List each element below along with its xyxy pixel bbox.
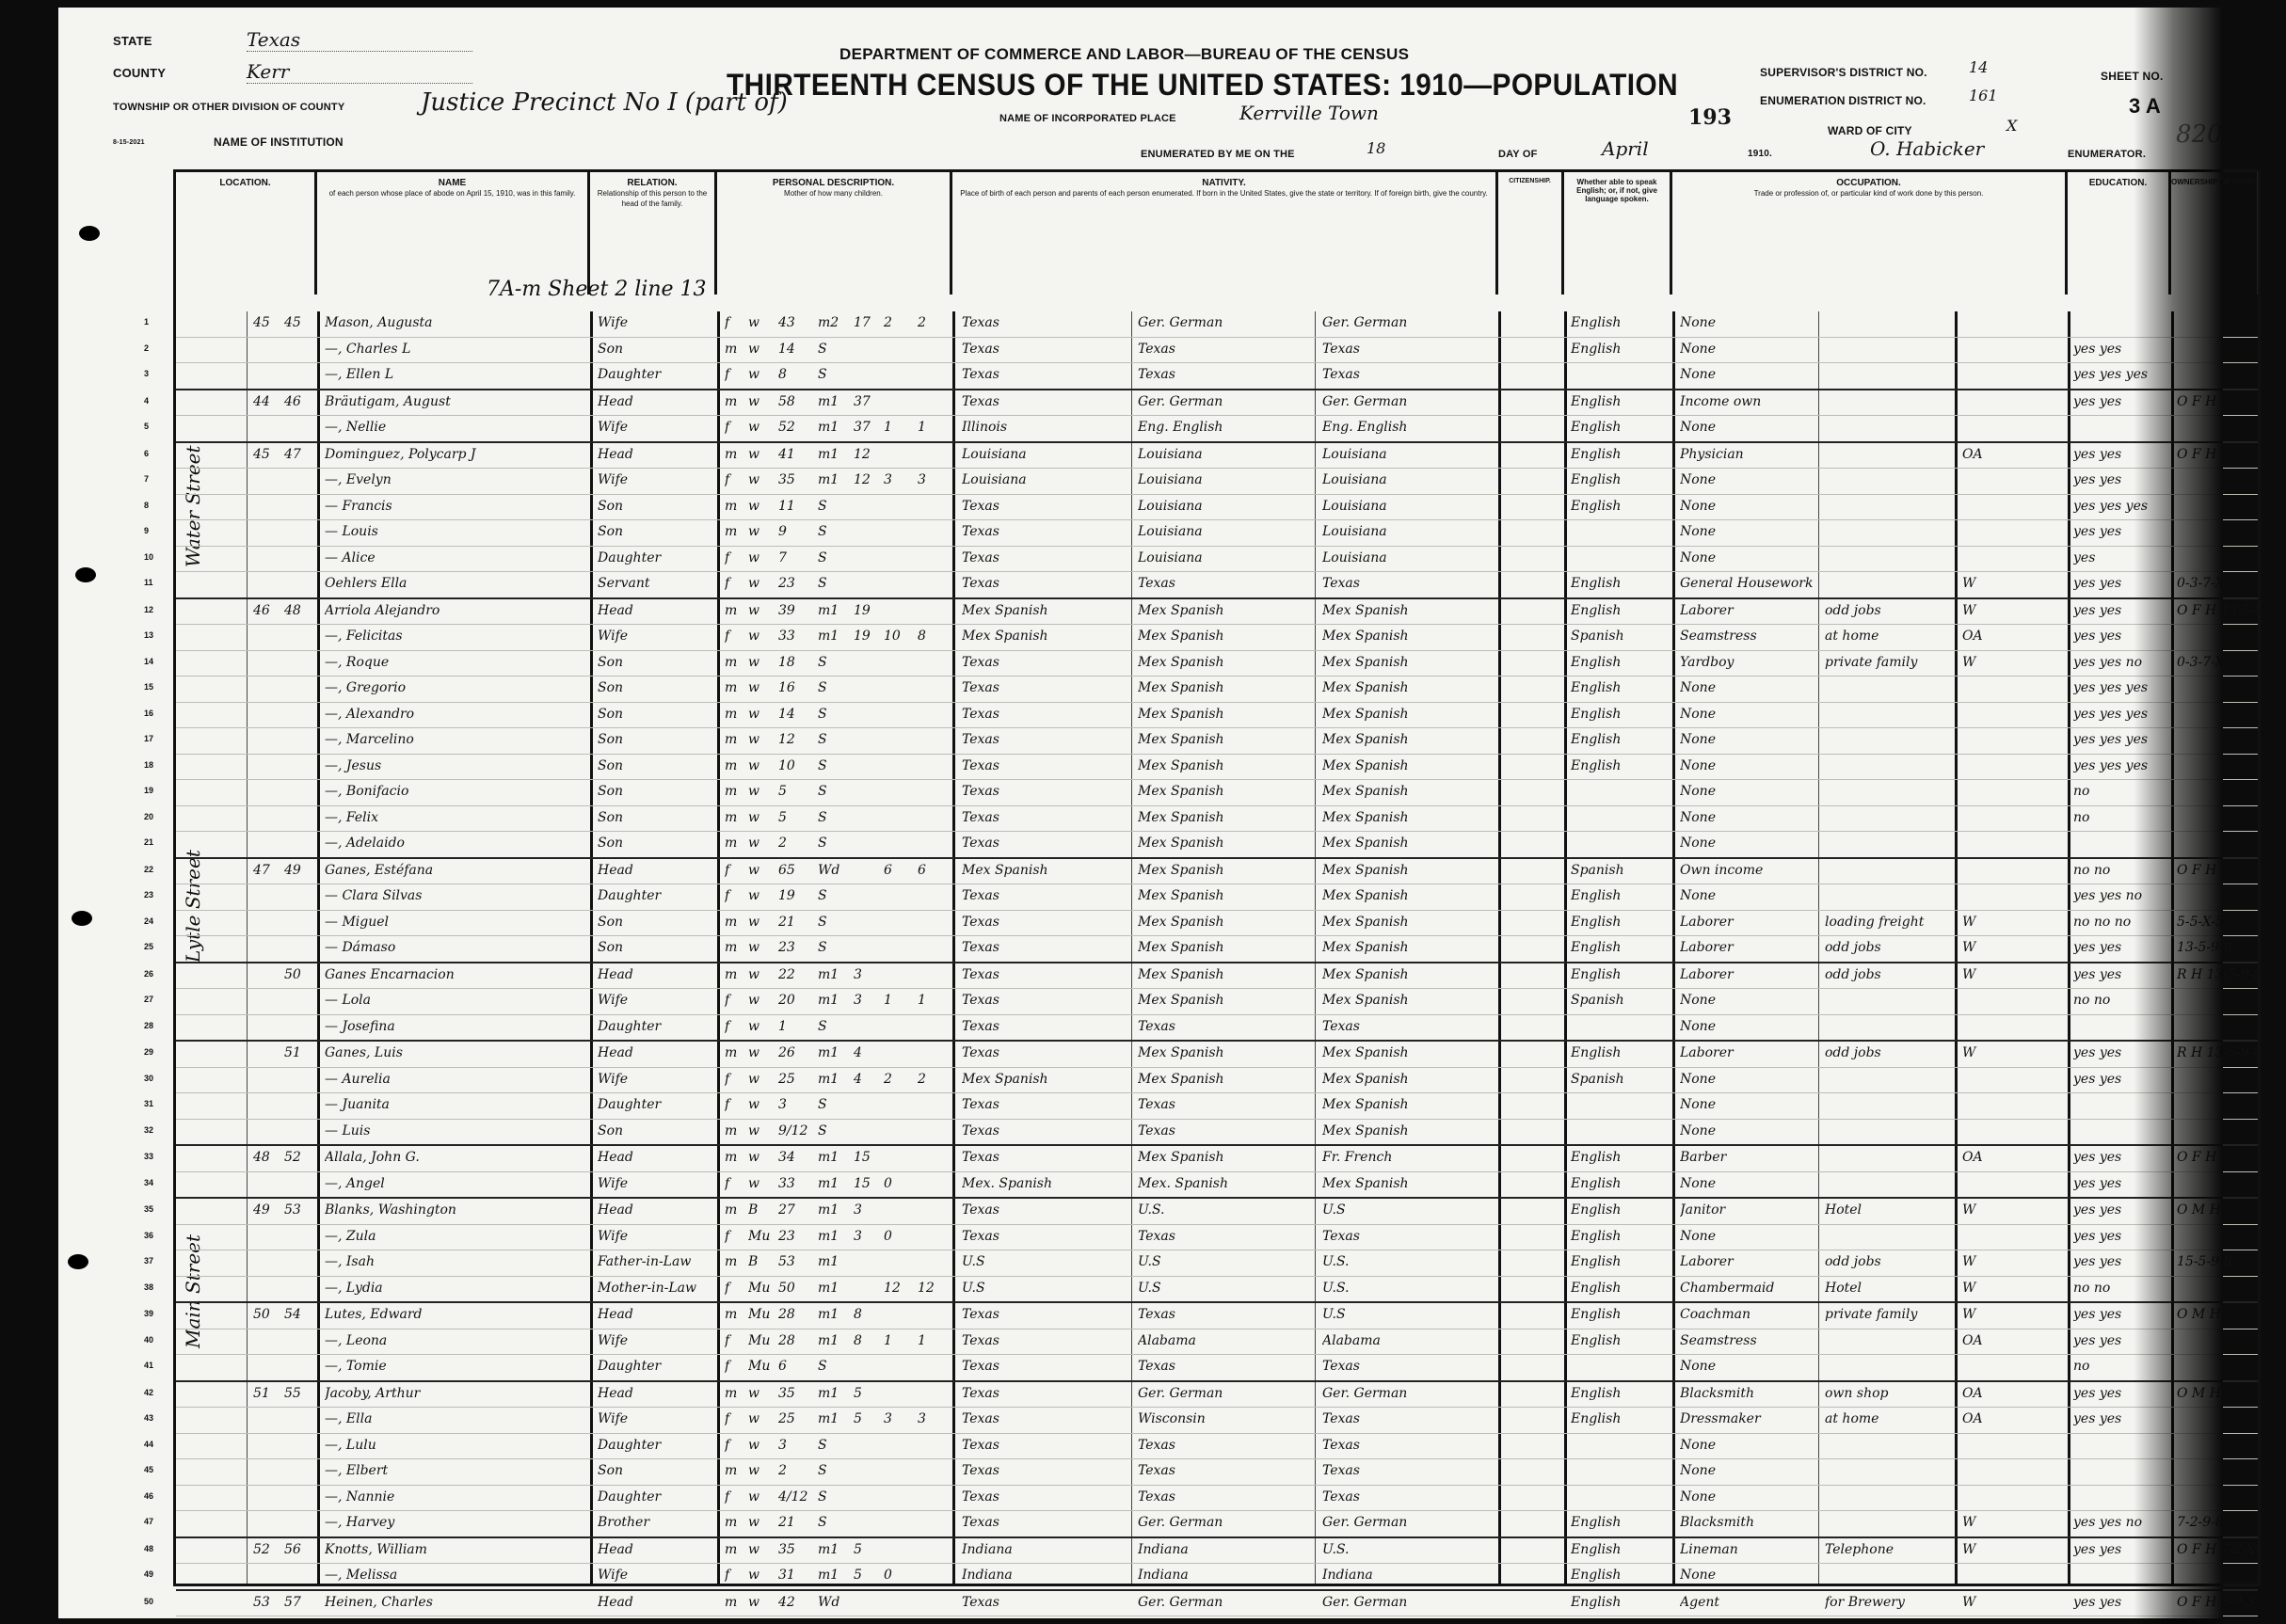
cell-relation: Mother-in-Law [598, 1281, 711, 1296]
cell-mp: Ger. German [1322, 394, 1496, 409]
cell-emp: W [1962, 1202, 2064, 1218]
cell-name: —, Isah [325, 1254, 588, 1269]
col-name: NAMEof each person whose place of abode … [317, 172, 590, 295]
cell-trade: Lineman [1680, 1542, 1816, 1557]
cell-age: 1 [778, 1019, 816, 1034]
table-row: 334852Allala, John G.Headmw34m115TexasMe… [176, 1146, 2258, 1172]
cell-relation: Brother [598, 1515, 711, 1530]
cell-relation: Head [598, 1150, 711, 1165]
cell-marital: Wd [818, 863, 850, 878]
incorporated-place-value: Kerrville Town [1239, 102, 1379, 124]
cell-born: 10 [884, 629, 916, 644]
cell-bp: Texas [962, 993, 1127, 1008]
cell-bp: Texas [962, 315, 1127, 330]
cell-race: w [748, 1072, 776, 1087]
cell-line: 7 [144, 474, 167, 484]
cell-mp: Mex Spanish [1322, 1097, 1496, 1112]
cell-family: 48 [284, 603, 312, 618]
cell-relation: Daughter [598, 1359, 711, 1374]
cell-industry: odd jobs [1825, 1045, 1952, 1060]
cell-trade: None [1680, 472, 1816, 487]
cell-fp: Mex Spanish [1138, 836, 1312, 851]
cell-race: Mu [748, 1307, 776, 1322]
cell-years: 15 [854, 1176, 882, 1191]
cell-lang: English [1571, 758, 1670, 773]
cell-emp: OA [1962, 1150, 2064, 1165]
cell-marital: S [818, 576, 850, 591]
cell-marital: S [818, 1463, 850, 1478]
enumerated-label: ENUMERATED BY ME ON THE [1141, 149, 1295, 160]
cell-born: 12 [884, 1281, 916, 1296]
cell-line: 32 [144, 1125, 167, 1135]
cell-dwelling: 49 [253, 1202, 281, 1218]
cell-fp: Mex Spanish [1138, 967, 1312, 982]
cell-name: —, Jesus [325, 758, 588, 773]
cell-name: — Clara Silvas [325, 888, 588, 903]
table-row: 3—, Ellen LDaughterfw8STexasTexasTexasNo… [176, 363, 2258, 390]
cell-years: 17 [854, 315, 882, 330]
cell-marital: m1 [818, 1072, 850, 1087]
cell-line: 42 [144, 1388, 167, 1397]
cell-race: w [748, 1568, 776, 1583]
cell-bp: Texas [962, 1229, 1127, 1244]
cell-sex: f [725, 1097, 745, 1112]
cell-fp: Mex. Spanish [1138, 1176, 1312, 1191]
cell-race: w [748, 394, 776, 409]
cell-name: — Josefina [325, 1019, 588, 1034]
table-row: 44446Bräutigam, AugustHeadmw58m137TexasG… [176, 390, 2258, 417]
cell-race: w [748, 315, 776, 330]
cell-bp: Mex. Spanish [962, 1176, 1127, 1191]
cell-line: 10 [144, 552, 167, 562]
cell-industry: private family [1825, 655, 1952, 670]
cell-age: 6 [778, 1359, 816, 1374]
cell-mp: Ger. German [1322, 1595, 1496, 1610]
cell-race: w [748, 680, 776, 695]
cell-lang: English [1571, 1333, 1670, 1348]
cell-marital: S [818, 342, 850, 357]
cell-age: 2 [778, 836, 816, 851]
cell-mp: Mex Spanish [1322, 758, 1496, 773]
table-row: 124648Arriola AlejandroHeadmw39m119Mex S… [176, 599, 2258, 626]
cell-years: 19 [854, 603, 882, 618]
col-location: LOCATION. [176, 172, 317, 295]
col-nativity: NATIVITY.Place of birth of each person a… [952, 172, 1498, 295]
cell-mp: Mex Spanish [1322, 655, 1496, 670]
cell-marital: m1 [818, 1045, 850, 1060]
table-row: 30— AureliaWifefw25m1422Mex SpanishMex S… [176, 1068, 2258, 1094]
cell-bp: Texas [962, 1438, 1127, 1453]
cell-marital: m1 [818, 629, 850, 644]
cell-years: 12 [854, 447, 882, 462]
cell-sex: f [725, 472, 745, 487]
cell-bp: Texas [962, 1202, 1127, 1218]
cell-bp: U.S [962, 1254, 1127, 1269]
cell-years: 4 [854, 1072, 882, 1087]
cell-years: 37 [854, 394, 882, 409]
cell-born: 3 [884, 1411, 916, 1426]
col-personal: PERSONAL DESCRIPTION.Mother of how many … [717, 172, 952, 295]
cell-marital: S [818, 810, 850, 825]
cell-years: 5 [854, 1568, 882, 1583]
cell-bp: Texas [962, 784, 1127, 799]
cell-race: Mu [748, 1333, 776, 1348]
table-row: 21—, AdelaidoSonmw2STexasMex SpanishMex … [176, 832, 2258, 859]
cell-trade: None [1680, 367, 1816, 382]
cell-sex: m [725, 394, 745, 409]
supervisor-district-label: SUPERVISOR'S DISTRICT NO. [1760, 66, 1927, 79]
stamp-number: 193 [1688, 105, 1732, 130]
cell-mp: Mex Spanish [1322, 707, 1496, 722]
cell-relation: Head [598, 1045, 711, 1060]
cell-name: —, Nellie [325, 420, 588, 435]
cell-born: 1 [884, 993, 916, 1008]
cell-sex: f [725, 1568, 745, 1583]
cell-emp: W [1962, 940, 2064, 955]
cell-lang: English [1571, 315, 1670, 330]
cell-bp: Texas [962, 680, 1127, 695]
cell-mp: Mex Spanish [1322, 603, 1496, 618]
cell-name: —, Alexandro [325, 707, 588, 722]
cell-fp: Indiana [1138, 1542, 1312, 1557]
cell-industry: odd jobs [1825, 603, 1952, 618]
cell-race: w [748, 342, 776, 357]
cell-age: 18 [778, 655, 816, 670]
cell-bp: Texas [962, 1595, 1127, 1610]
cell-line: 23 [144, 890, 167, 900]
cell-fp: Mex Spanish [1138, 1150, 1312, 1165]
cell-marital: S [818, 524, 850, 539]
cell-sex: m [725, 342, 745, 357]
cell-bp: Texas [962, 940, 1127, 955]
table-row: 44—, LuluDaughterfw3STexasTexasTexasNone [176, 1434, 2258, 1460]
cell-emp: OA [1962, 1333, 2064, 1348]
cell-trade: Blacksmith [1680, 1515, 1816, 1530]
cell-emp: W [1962, 1281, 2064, 1296]
state-value: Texas [247, 28, 472, 52]
cell-name: — Louis [325, 524, 588, 539]
cell-line: 1 [144, 317, 167, 326]
cell-trade: None [1680, 1568, 1816, 1583]
cell-age: 23 [778, 1229, 816, 1244]
cell-living: 2 [918, 315, 950, 330]
cell-trade: None [1680, 680, 1816, 695]
cell-trade: None [1680, 1229, 1816, 1244]
table-row: 49—, MelissaWifefw31m150IndianaIndianaIn… [176, 1564, 2258, 1591]
cell-dwelling: 52 [253, 1542, 281, 1557]
census-sheet: STATE Texas COUNTY Kerr TOWNSHIP OR OTHE… [58, 8, 2223, 1618]
cell-race: B [748, 1254, 776, 1269]
cell-bp: Texas [962, 342, 1127, 357]
cell-emp: W [1962, 967, 2064, 982]
cell-sex: m [725, 1463, 745, 1478]
cell-emp: W [1962, 1307, 2064, 1322]
cell-line: 14 [144, 657, 167, 666]
cell-trade: None [1680, 1123, 1816, 1138]
cell-sex: m [725, 1542, 745, 1557]
cell-relation: Head [598, 1595, 711, 1610]
cell-line: 44 [144, 1440, 167, 1449]
cell-line: 48 [144, 1544, 167, 1553]
cell-relation: Son [598, 758, 711, 773]
cell-race: w [748, 1411, 776, 1426]
cell-lang: English [1571, 1229, 1670, 1244]
cell-sex: f [725, 1229, 745, 1244]
punch-hole [68, 1254, 88, 1269]
cell-born: 0 [884, 1229, 916, 1244]
cell-family: 51 [284, 1045, 312, 1060]
cell-marital: m1 [818, 420, 850, 435]
cell-family: 47 [284, 447, 312, 462]
cell-sex: m [725, 447, 745, 462]
cell-years: 8 [854, 1333, 882, 1348]
cell-fp: Mex Spanish [1138, 1045, 1312, 1060]
cell-race: w [748, 1097, 776, 1112]
cell-line: 45 [144, 1465, 167, 1474]
cell-race: w [748, 993, 776, 1008]
cell-race: w [748, 655, 776, 670]
cell-bp: Texas [962, 1411, 1127, 1426]
cell-lang: English [1571, 1176, 1670, 1191]
table-row: 354953Blanks, WashingtonHeadmB27m13Texas… [176, 1199, 2258, 1225]
cell-age: 52 [778, 420, 816, 435]
census-rows: 14545Mason, AugustaWifefw43m21722TexasGe… [176, 311, 2258, 1616]
table-row: 28— JosefinaDaughterfw1STexasTexasTexasN… [176, 1015, 2258, 1043]
cell-marital: m1 [818, 967, 850, 982]
cell-family: 50 [284, 967, 312, 982]
county-label: COUNTY [113, 66, 166, 80]
cell-sex: m [725, 1045, 745, 1060]
cell-name: —, Roque [325, 655, 588, 670]
table-row: 41—, TomieDaughterfMu6STexasTexasTexasNo… [176, 1355, 2258, 1382]
cell-lang: English [1571, 1386, 1670, 1401]
cell-race: w [748, 472, 776, 487]
cell-name: Arriola Alejandro [325, 603, 588, 618]
cell-mp: Mex Spanish [1322, 810, 1496, 825]
cell-mp: Mex Spanish [1322, 863, 1496, 878]
cell-lang: Spanish [1571, 993, 1670, 1008]
cell-sex: f [725, 1019, 745, 1034]
cell-marital: S [818, 1123, 850, 1138]
cell-name: —, Angel [325, 1176, 588, 1191]
cell-years: 12 [854, 472, 882, 487]
cell-fp: U.S. [1138, 1202, 1312, 1218]
cell-lang: English [1571, 732, 1670, 747]
cell-family: 52 [284, 1150, 312, 1165]
township-label: TOWNSHIP OR OTHER DIVISION OF COUNTY [113, 102, 344, 113]
cell-sex: m [725, 732, 745, 747]
cell-mp: Texas [1322, 367, 1496, 382]
cell-emp: W [1962, 1045, 2064, 1060]
cell-marital: m1 [818, 1281, 850, 1296]
cell-trade: None [1680, 1072, 1816, 1087]
cell-fp: Eng. English [1138, 420, 1312, 435]
cell-age: 33 [778, 629, 816, 644]
cell-bp: Texas [962, 707, 1127, 722]
table-row: 14—, RoqueSonmw18STexasMex SpanishMex Sp… [176, 651, 2258, 677]
cell-dwelling: 50 [253, 1307, 281, 1322]
cell-emp: W [1962, 655, 2064, 670]
cell-name: —, Leona [325, 1333, 588, 1348]
cell-marital: S [818, 550, 850, 565]
cell-age: 8 [778, 367, 816, 382]
cell-fp: Louisiana [1138, 472, 1312, 487]
cell-sex: f [725, 888, 745, 903]
cell-bp: Texas [962, 499, 1127, 514]
cell-trade: None [1680, 836, 1816, 851]
cell-age: 14 [778, 342, 816, 357]
cell-bp: Texas [962, 967, 1127, 982]
cell-trade: None [1680, 420, 1816, 435]
cell-sex: f [725, 1438, 745, 1453]
table-row: 36—, ZulaWifefMu23m130TexasTexasTexasEng… [176, 1225, 2258, 1251]
cell-line: 5 [144, 422, 167, 431]
cell-mp: Texas [1322, 1411, 1496, 1426]
cell-line: 12 [144, 605, 167, 614]
cell-lang: English [1571, 1281, 1670, 1296]
cell-lang: English [1571, 1595, 1670, 1610]
cell-sex: m [725, 810, 745, 825]
cell-trade: General Housework [1680, 576, 1816, 591]
cell-relation: Son [598, 342, 711, 357]
cell-race: w [748, 576, 776, 591]
cell-emp: OA [1962, 1411, 2064, 1426]
cell-lang: English [1571, 603, 1670, 618]
cell-marital: m1 [818, 1254, 850, 1269]
cell-fp: U.S [1138, 1254, 1312, 1269]
cell-sex: f [725, 550, 745, 565]
cell-line: 3 [144, 369, 167, 378]
cell-lang: English [1571, 576, 1670, 591]
cell-name: Jacoby, Arthur [325, 1386, 588, 1401]
cell-fp: Mex Spanish [1138, 629, 1312, 644]
table-row: 43—, EllaWifefw25m1533TexasWisconsinTexa… [176, 1408, 2258, 1434]
cell-relation: Wife [598, 1411, 711, 1426]
cell-fp: Mex Spanish [1138, 655, 1312, 670]
cell-age: 65 [778, 863, 816, 878]
cell-race: w [748, 629, 776, 644]
cell-living: 8 [918, 629, 950, 644]
cell-name: —, Harvey [325, 1515, 588, 1530]
cell-mp: Mex Spanish [1322, 967, 1496, 982]
cell-age: 28 [778, 1333, 816, 1348]
cell-fp: Texas [1138, 342, 1312, 357]
cell-industry: for Brewery [1825, 1595, 1952, 1610]
cell-sex: m [725, 524, 745, 539]
cell-race: w [748, 940, 776, 955]
cell-lang: English [1571, 1515, 1670, 1530]
cell-line: 25 [144, 942, 167, 951]
cell-marital: S [818, 1359, 850, 1374]
cell-bp: Texas [962, 524, 1127, 539]
cell-race: w [748, 967, 776, 982]
cell-race: Mu [748, 1229, 776, 1244]
cell-mp: Texas [1322, 1019, 1496, 1034]
cell-emp: W [1962, 1254, 2064, 1269]
cell-mp: Texas [1322, 1359, 1496, 1374]
cell-emp: OA [1962, 1386, 2064, 1401]
cell-age: 10 [778, 758, 816, 773]
cell-family: 53 [284, 1202, 312, 1218]
cell-sex: f [725, 1333, 745, 1348]
table-row: 45—, ElbertSonmw2STexasTexasTexasNone [176, 1459, 2258, 1486]
cell-age: 22 [778, 967, 816, 982]
cell-marital: S [818, 1438, 850, 1453]
cell-relation: Wife [598, 1568, 711, 1583]
cell-mp: Texas [1322, 576, 1496, 591]
cell-bp: Indiana [962, 1542, 1127, 1557]
cell-mp: Texas [1322, 1229, 1496, 1244]
cell-line: 28 [144, 1021, 167, 1030]
cell-relation: Daughter [598, 1097, 711, 1112]
cell-marital: S [818, 1097, 850, 1112]
table-row: 395054Lutes, EdwardHeadmMu28m18TexasTexa… [176, 1303, 2258, 1329]
cell-bp: Texas [962, 576, 1127, 591]
cell-mp: Ger. German [1322, 1515, 1496, 1530]
cell-fp: Mex Spanish [1138, 915, 1312, 930]
cell-trade: Laborer [1680, 1254, 1816, 1269]
cell-race: w [748, 707, 776, 722]
county-value: Kerr [247, 60, 472, 84]
cell-mp: Mex Spanish [1322, 1045, 1496, 1060]
table-row: 40—, LeonaWifefMu28m1811TexasAlabamaAlab… [176, 1329, 2258, 1356]
cell-fp: Mex Spanish [1138, 888, 1312, 903]
form-code: 8-15-2021 [113, 139, 145, 146]
cell-name: Oehlers Ella [325, 576, 588, 591]
cell-sex: m [725, 1254, 745, 1269]
cell-relation: Wife [598, 629, 711, 644]
cell-trade: Yardboy [1680, 655, 1816, 670]
cell-line: 29 [144, 1047, 167, 1057]
punch-hole [75, 567, 96, 582]
cell-fp: Louisiana [1138, 524, 1312, 539]
cell-bp: Texas [962, 810, 1127, 825]
cell-line: 24 [144, 916, 167, 926]
cell-industry: own shop [1825, 1386, 1952, 1401]
punch-hole [72, 911, 92, 926]
enumerated-day: 18 [1367, 139, 1385, 157]
cell-fp: Texas [1138, 1019, 1312, 1034]
cell-sex: m [725, 915, 745, 930]
cell-race: w [748, 836, 776, 851]
cell-age: 4/12 [778, 1489, 816, 1505]
cell-race: B [748, 1202, 776, 1218]
cell-age: 35 [778, 1542, 816, 1557]
cell-line: 9 [144, 526, 167, 535]
cell-age: 58 [778, 394, 816, 409]
cell-relation: Son [598, 836, 711, 851]
cell-years: 3 [854, 967, 882, 982]
cell-relation: Head [598, 1307, 711, 1322]
cell-mp: Mex Spanish [1322, 915, 1496, 930]
cell-marital: m1 [818, 472, 850, 487]
cell-name: —, Marcelino [325, 732, 588, 747]
cell-lang: English [1571, 1150, 1670, 1165]
cell-age: 3 [778, 1438, 816, 1453]
cell-born: 1 [884, 420, 916, 435]
cell-marital: S [818, 1489, 850, 1505]
incorporated-place-label: NAME OF INCORPORATED PLACE [999, 113, 1176, 124]
cell-line: 18 [144, 760, 167, 770]
cell-relation: Wife [598, 1176, 711, 1191]
table-row: 31— JuanitaDaughterfw3STexasTexasMex Spa… [176, 1093, 2258, 1120]
cell-mp: Texas [1322, 1463, 1496, 1478]
cell-marital: m1 [818, 1307, 850, 1322]
table-row: 47—, HarveyBrothermw21STexasGer. GermanG… [176, 1511, 2258, 1538]
cell-marital: m1 [818, 447, 850, 462]
cell-industry: Telephone [1825, 1542, 1952, 1557]
cell-marital: m1 [818, 993, 850, 1008]
